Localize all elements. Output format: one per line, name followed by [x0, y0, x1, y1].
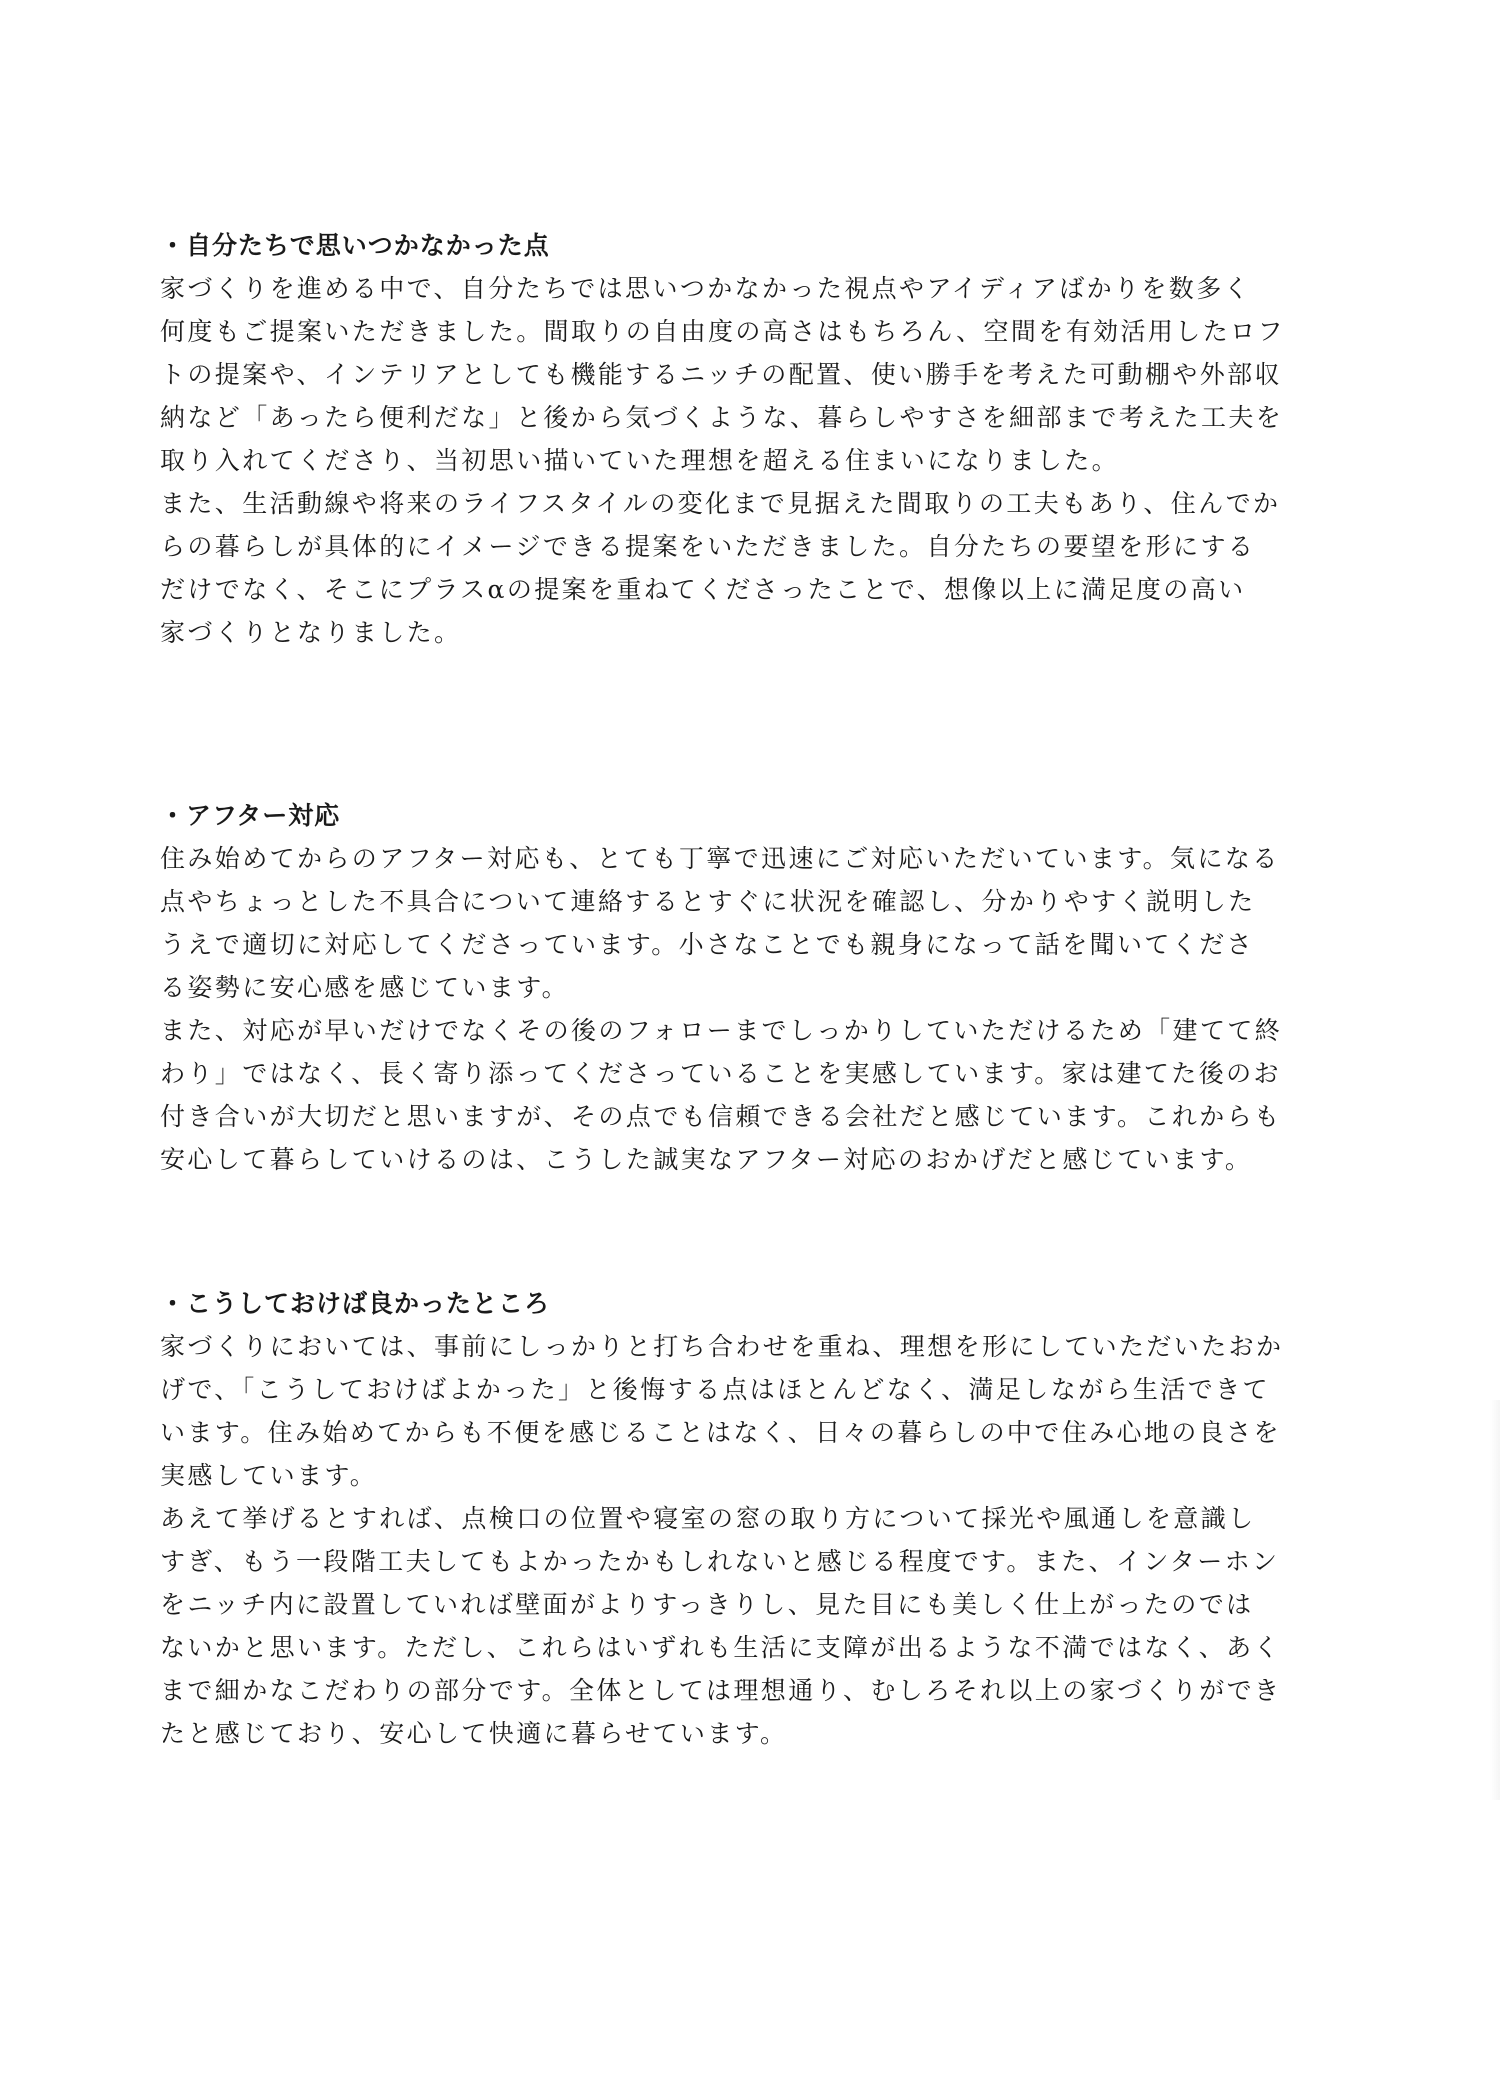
- section-unexpected-ideas: ・自分たちで思いつかなかった点 家づくりを進める中で、自分たちでは思いつかなかっ…: [160, 224, 1230, 654]
- section-heading: ・アフター対応: [160, 794, 1230, 837]
- body-line: る姿勢に安心感を感じています。: [160, 966, 1230, 1009]
- body-line: 住み始めてからのアフター対応も、とても丁寧で迅速にご対応いただいています。気にな…: [160, 837, 1230, 880]
- body-line: すぎ、もう一段階工夫してもよかったかもしれないと感じる程度です。また、インターホ…: [160, 1540, 1230, 1583]
- body-line: らの暮らしが具体的にイメージできる提案をいただきました。自分たちの要望を形にする: [160, 525, 1230, 568]
- body-line: 家づくりとなりました。: [160, 611, 1230, 654]
- body-line: あえて挙げるとすれば、点検口の位置や寝室の窓の取り方について採光や風通しを意識し: [160, 1497, 1230, 1540]
- scan-edge-shadow: [1490, 1400, 1500, 1800]
- body-line: たと感じており、安心して快適に暮らせています。: [160, 1712, 1230, 1755]
- body-line: トの提案や、インテリアとしても機能するニッチの配置、使い勝手を考えた可動棚や外部…: [160, 353, 1230, 396]
- body-line: をニッチ内に設置していれば壁面がよりすっきりし、見た目にも美しく仕上がったのでは: [160, 1583, 1230, 1626]
- body-line: だけでなく、そこにプラスαの提案を重ねてくださったことで、想像以上に満足度の高い: [160, 568, 1230, 611]
- document-page: ・自分たちで思いつかなかった点 家づくりを進める中で、自分たちでは思いつかなかっ…: [0, 0, 1500, 2100]
- body-line: 実感しています。: [160, 1454, 1230, 1497]
- section-heading: ・自分たちで思いつかなかった点: [160, 224, 1230, 267]
- body-line: また、対応が早いだけでなくその後のフォローまでしっかりしていただけるため「建てて…: [160, 1009, 1230, 1052]
- body-line: 納など「あったら便利だな」と後から気づくような、暮らしやすさを細部まで考えた工夫…: [160, 396, 1230, 439]
- body-line: わり」ではなく、長く寄り添ってくださっていることを実感しています。家は建てた後の…: [160, 1052, 1230, 1095]
- body-line: うえで適切に対応してくださっています。小さなことでも親身になって話を聞いてくださ: [160, 923, 1230, 966]
- body-line: ないかと思います。ただし、これらはいずれも生活に支障が出るような不満ではなく、あ…: [160, 1626, 1230, 1669]
- section-improvements: ・こうしておけば良かったところ 家づくりにおいては、事前にしっかりと打ち合わせを…: [160, 1282, 1230, 1755]
- body-line: 何度もご提案いただきました。間取りの自由度の高さはもちろん、空間を有効活用したロ…: [160, 310, 1230, 353]
- body-line: 付き合いが大切だと思いますが、その点でも信頼できる会社だと感じています。これから…: [160, 1095, 1230, 1138]
- body-line: います。住み始めてからも不便を感じることはなく、日々の暮らしの中で住み心地の良さ…: [160, 1411, 1230, 1454]
- body-line: まで細かなこだわりの部分です。全体としては理想通り、むしろそれ以上の家づくりがで…: [160, 1669, 1230, 1712]
- body-line: げで、「こうしておけばよかった」と後悔する点はほとんどなく、満足しながら生活でき…: [160, 1368, 1230, 1411]
- body-line: 取り入れてくださり、当初思い描いていた理想を超える住まいになりました。: [160, 439, 1230, 482]
- section-after-service: ・アフター対応 住み始めてからのアフター対応も、とても丁寧で迅速にご対応いただい…: [160, 794, 1230, 1181]
- body-line: 家づくりにおいては、事前にしっかりと打ち合わせを重ね、理想を形にしていただいたお…: [160, 1325, 1230, 1368]
- body-line: 家づくりを進める中で、自分たちでは思いつかなかった視点やアイディアばかりを数多く: [160, 267, 1230, 310]
- body-line: また、生活動線や将来のライフスタイルの変化まで見据えた間取りの工夫もあり、住んで…: [160, 482, 1230, 525]
- body-line: 安心して暮らしていけるのは、こうした誠実なアフター対応のおかげだと感じています。: [160, 1138, 1230, 1181]
- section-heading: ・こうしておけば良かったところ: [160, 1282, 1230, 1325]
- body-line: 点やちょっとした不具合について連絡するとすぐに状況を確認し、分かりやすく説明した: [160, 880, 1230, 923]
